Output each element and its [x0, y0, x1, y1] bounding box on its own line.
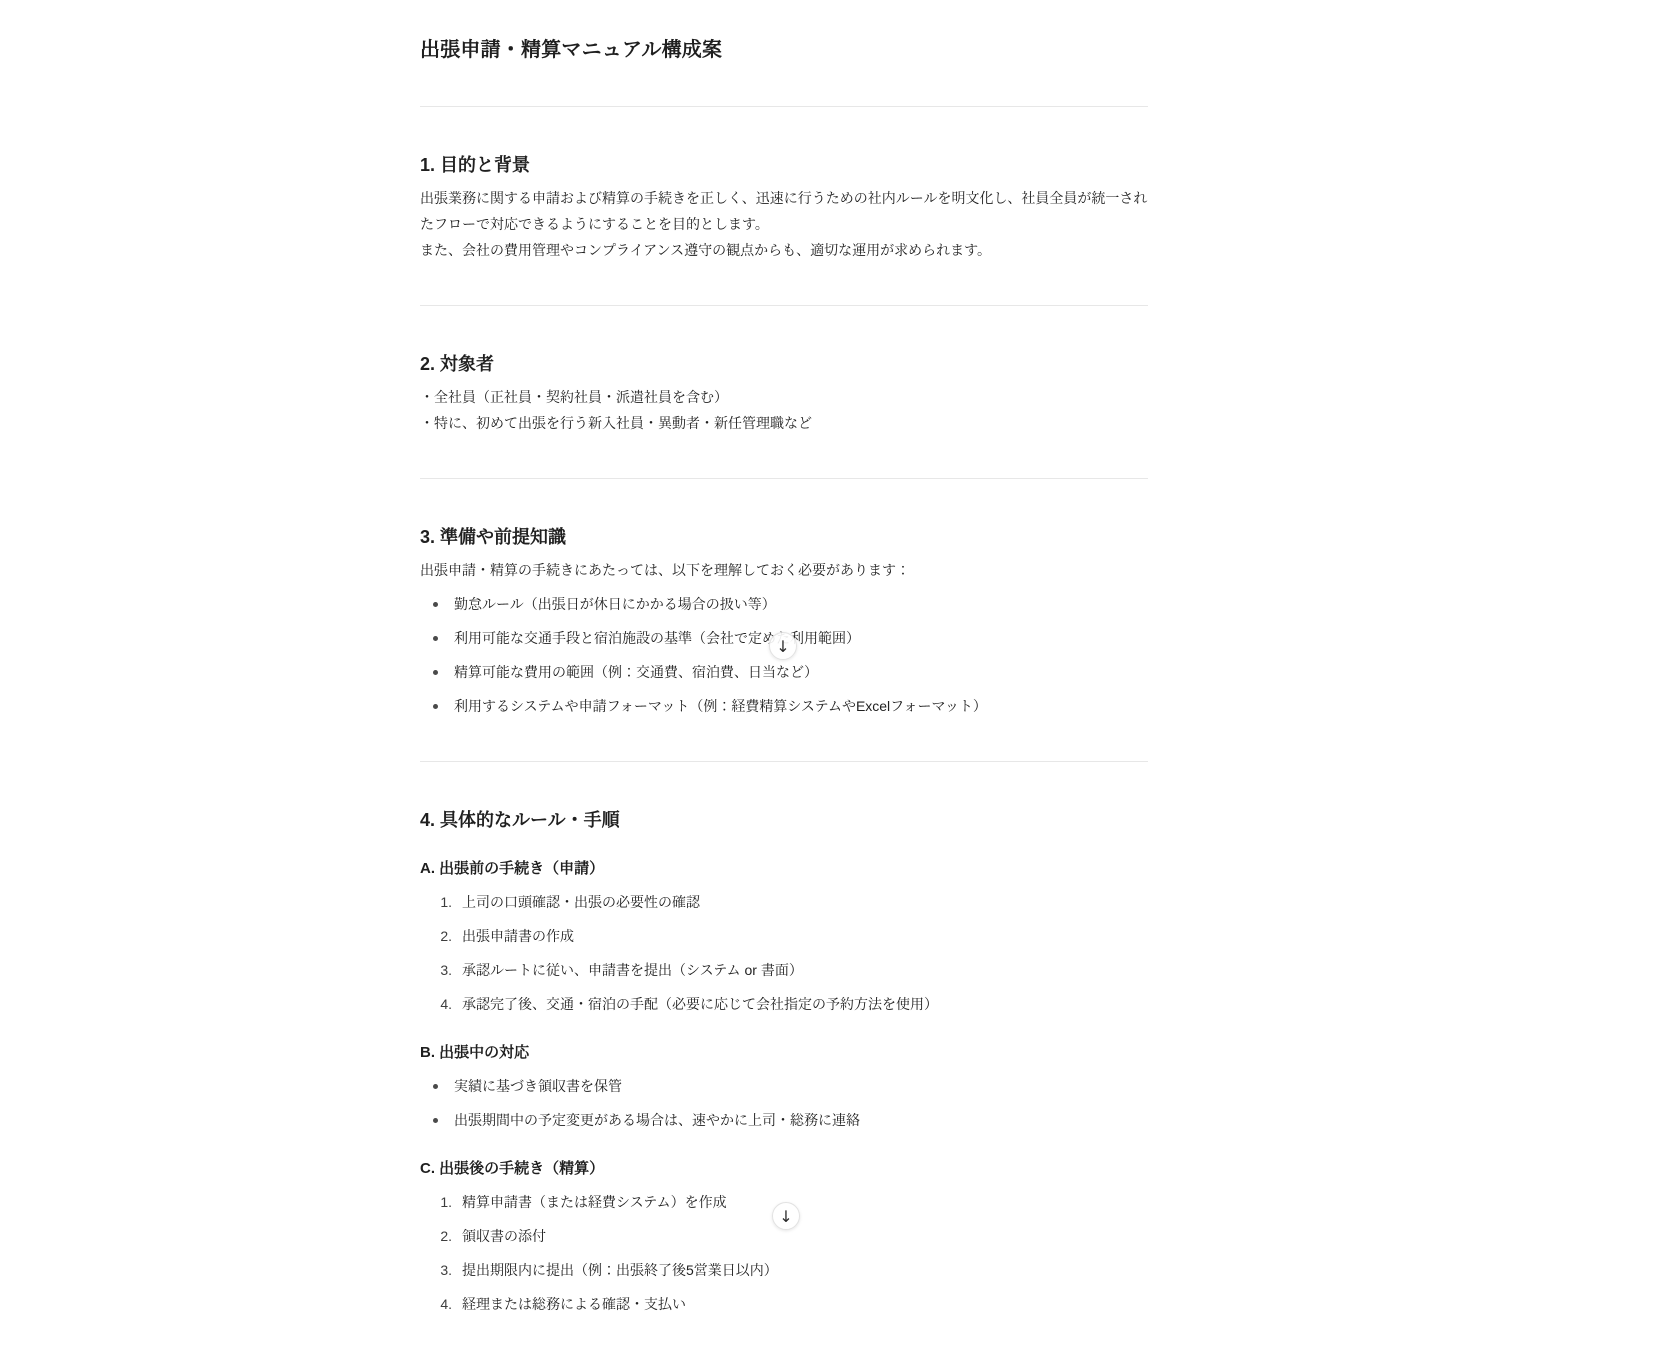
section-heading: 2. 対象者 — [420, 352, 1148, 377]
list-item: 3. 提出期限内に提出（例：出張終了後5営業日以内） — [420, 1257, 1148, 1283]
list-item: 3. 承認ルートに従い、申請書を提出（システム or 書面） — [420, 957, 1148, 983]
list-item-text: 出張期間中の予定変更がある場合は、速やかに上司・総務に連絡 — [454, 1112, 860, 1128]
list-item-number: 3. — [432, 1257, 452, 1283]
list-item: 2. 出張申請書の作成 — [420, 923, 1148, 949]
document-title: 出張申請・精算マニュアル構成案 — [420, 36, 1148, 64]
list-item-text: 出張申請書の作成 — [462, 923, 574, 949]
list-item-number: 1. — [432, 889, 452, 915]
section-body: ・全社員（正社員・契約社員・派遣社員を含む） ・特に、初めて出張を行う新入社員・… — [420, 384, 1148, 436]
list-item-text: 利用するシステムや申請フォーマット（例：経費精算システムやExcelフォーマット… — [454, 698, 987, 714]
list-item-text: 承認ルートに従い、申請書を提出（システム or 書面） — [462, 957, 803, 983]
list-item-number: 2. — [432, 923, 452, 949]
list-item-number: 4. — [432, 1291, 452, 1317]
bullet-dot-icon — [433, 704, 438, 709]
list-item-text: 上司の口頭確認・出張の必要性の確認 — [462, 889, 700, 915]
list-item-number: 1. — [432, 1189, 452, 1215]
list-item-text: 勤怠ルール（出張日が休日にかかる場合の扱い等） — [454, 596, 776, 612]
paragraph: 出張業務に関する申請および精算の手続きを正しく、迅速に行うための社内ルールを明文… — [420, 185, 1148, 237]
section-heading: 1. 目的と背景 — [420, 153, 1148, 178]
list-item-text: 提出期限内に提出（例：出張終了後5営業日以内） — [462, 1257, 778, 1283]
list-item-text: 利用可能な交通手段と宿泊施設の基準（会社で定めた利用範囲） — [454, 630, 860, 646]
arrow-down-icon: ↓ — [776, 637, 789, 656]
section-heading: 3. 準備や前提知識 — [420, 525, 1148, 550]
list-item: 4. 承認完了後、交通・宿泊の手配（必要に応じて会社指定の予約方法を使用） — [420, 991, 1148, 1017]
bullet-dot-icon — [433, 636, 438, 641]
document-page: 出張申請・精算マニュアル構成案 1. 目的と背景 出張業務に関する申請および精算… — [0, 0, 1660, 1355]
list-item-text: 精算申請書（または経費システム）を作成 — [462, 1189, 727, 1215]
section-heading: 4. 具体的なルール・手順 — [420, 808, 1148, 833]
subsection-heading-before-trip: A. 出張前の手続き（申請） — [420, 857, 1148, 881]
paragraph: また、会社の費用管理やコンプライアンス遵守の観点からも、適切な運用が求められます… — [420, 237, 1148, 263]
list-item: 4. 経理または総務による確認・支払い — [420, 1291, 1148, 1317]
list-item-number: 4. — [432, 991, 452, 1017]
list-item: 精算可能な費用の範囲（例：交通費、宿泊費、日当など） — [420, 659, 1148, 685]
list-item-text: 実績に基づき領収書を保管 — [454, 1078, 622, 1094]
list-item: 利用するシステムや申請フォーマット（例：経費精算システムやExcelフォーマット… — [420, 693, 1148, 719]
paragraph: ・特に、初めて出張を行う新入社員・異動者・新任管理職など — [420, 410, 1148, 436]
section-intro: 出張申請・精算の手続きにあたっては、以下を理解しておく必要があります： — [420, 557, 1148, 583]
bullet-dot-icon — [433, 670, 438, 675]
scroll-down-button[interactable]: ↓ — [769, 632, 797, 660]
section-body: 出張業務に関する申請および精算の手続きを正しく、迅速に行うための社内ルールを明文… — [420, 185, 1148, 263]
list-item-text: 経理または総務による確認・支払い — [462, 1291, 686, 1317]
section-audience: 2. 対象者 ・全社員（正社員・契約社員・派遣社員を含む） ・特に、初めて出張を… — [420, 352, 1148, 436]
bullet-dot-icon — [433, 1084, 438, 1089]
scroll-down-button[interactable]: ↓ — [772, 1202, 800, 1230]
list-item-text: 承認完了後、交通・宿泊の手配（必要に応じて会社指定の予約方法を使用） — [462, 991, 938, 1017]
arrow-down-icon: ↓ — [779, 1207, 792, 1226]
subsection-heading-after-trip: C. 出張後の手続き（精算） — [420, 1157, 1148, 1181]
section-divider — [420, 106, 1148, 107]
section-prerequisites: 3. 準備や前提知識 出張申請・精算の手続きにあたっては、以下を理解しておく必要… — [420, 525, 1148, 719]
before-trip-steps: 1. 上司の口頭確認・出張の必要性の確認 2. 出張申請書の作成 3. 承認ルー… — [420, 889, 1148, 1017]
list-item: 1. 上司の口頭確認・出張の必要性の確認 — [420, 889, 1148, 915]
list-item-number: 2. — [432, 1223, 452, 1249]
during-trip-list: 実績に基づき領収書を保管 出張期間中の予定変更がある場合は、速やかに上司・総務に… — [420, 1073, 1148, 1133]
bullet-dot-icon — [433, 1118, 438, 1123]
section-purpose: 1. 目的と背景 出張業務に関する申請および精算の手続きを正しく、迅速に行うため… — [420, 153, 1148, 263]
bullet-dot-icon — [433, 602, 438, 607]
subsection-heading-during-trip: B. 出張中の対応 — [420, 1041, 1148, 1065]
section-divider — [420, 478, 1148, 479]
list-item-text: 領収書の添付 — [462, 1223, 546, 1249]
section-rules-procedures: 4. 具体的なルール・手順 A. 出張前の手続き（申請） 1. 上司の口頭確認・… — [420, 808, 1148, 1317]
section-divider — [420, 305, 1148, 306]
paragraph: ・全社員（正社員・契約社員・派遣社員を含む） — [420, 384, 1148, 410]
list-item: 出張期間中の予定変更がある場合は、速やかに上司・総務に連絡 — [420, 1107, 1148, 1133]
section-divider — [420, 761, 1148, 762]
list-item: 実績に基づき領収書を保管 — [420, 1073, 1148, 1099]
list-item-text: 精算可能な費用の範囲（例：交通費、宿泊費、日当など） — [454, 664, 818, 680]
list-item-number: 3. — [432, 957, 452, 983]
list-item: 勤怠ルール（出張日が休日にかかる場合の扱い等） — [420, 591, 1148, 617]
